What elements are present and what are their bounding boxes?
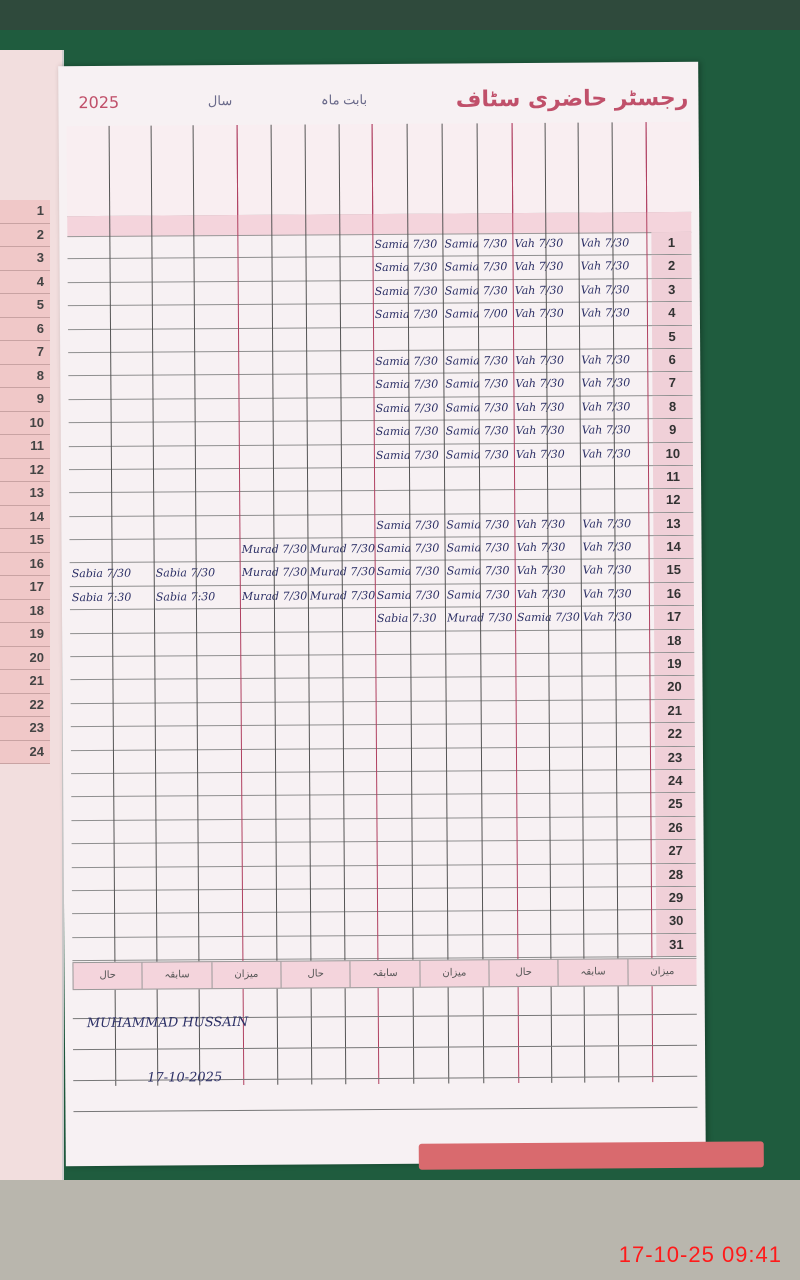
previous-page-day-number: 23 [0,717,50,741]
attendance-entry: Vah 7/30 [515,373,564,396]
attendance-entry: Vah 7/30 [581,256,630,279]
attendance-entry: Vah 7/30 [514,233,563,256]
attendance-grid: 1Samia 7/30Samia 7/30Vah 7/30Vah 7/302Sa… [67,122,698,1086]
summary-header-cell: سابقہ [558,959,628,985]
previous-page-day-number: 6 [0,318,50,342]
attendance-entry: Vah 7/30 [581,279,630,302]
attendance-entry: Vah 7/30 [582,419,631,442]
attendance-entry: Samia 7/30 [375,257,438,280]
attendance-entry: Sabia 7:30 [156,586,216,609]
day-number: 30 [656,910,696,933]
staff-column-group-4 [67,125,239,216]
attendance-entry: Samia 7/30 [375,280,438,303]
attendance-entry: Samia 7/30 [445,397,508,420]
attendance-entry: Samia 7/30 [446,514,509,537]
attendance-entry: Samia 7/30 [446,444,509,467]
day-number: 19 [654,653,694,676]
previous-page-row-numbers: 123456789101112131415161718192021222324 [0,200,50,764]
attendance-entry: Samia 7/30 [376,444,439,467]
attendance-entry: Vah 7/30 [581,373,630,396]
previous-page-day-number: 10 [0,412,50,436]
publisher-banner [419,1141,764,1169]
attendance-entry: Samia 7/30 [517,607,580,630]
day-number: 5 [652,325,692,348]
attendance-entry: Sabia 7/30 [156,563,216,586]
attendance-entry: Vah 7/30 [581,349,630,372]
attendance-entry: Samia 7/30 [375,351,438,374]
attendance-entry: Vah 7/30 [580,232,629,255]
previous-page-edge: 123456789101112131415161718192021222324 [0,50,64,1180]
day-row: 31 [72,934,696,962]
register-header: رجسٹر حاضری سٹاف بابت ماہ سال 2025 [78,80,688,120]
day-number: 12 [653,489,693,512]
day-number: 22 [655,723,695,746]
attendance-entry: Samia 7/30 [447,584,510,607]
summary-header-cell: میزان [211,962,281,988]
previous-page-day-number: 15 [0,529,50,553]
previous-page-day-number: 5 [0,294,50,318]
attendance-entry: Vah 7/30 [516,537,565,560]
previous-page-day-number: 2 [0,224,50,248]
attendance-entry: Sabia 7:30 [377,608,437,631]
attendance-entry: Vah 7/30 [583,583,632,606]
summary-header-cell: میزان [627,959,697,985]
day-number: 28 [656,863,696,886]
staff-column-group-2 [372,123,514,214]
day-number: 10 [653,442,693,465]
attendance-entry: Samia 7/30 [376,421,439,444]
attendance-entry: Murad 7/30 [310,585,376,608]
day-number: 26 [655,817,695,840]
attendance-entry: Samia 7/30 [377,584,440,607]
attendance-entry: Samia 7/30 [376,538,439,561]
staff-header-block [67,122,692,217]
attendance-entry: Vah 7/30 [517,584,566,607]
attendance-entry: Murad 7/30 [309,538,375,561]
attendance-entry: Vah 7/30 [583,607,632,630]
attendance-entry: Sabia 7:30 [72,587,132,610]
attendance-entry: Samia 7/30 [445,373,508,396]
signature-date: 17-10-2025 [147,1070,287,1086]
attendance-entry: Vah 7/30 [515,303,564,326]
attendance-entry: Vah 7/30 [517,560,566,583]
previous-page-day-number: 19 [0,623,50,647]
attendance-entry: Murad 7/30 [242,562,308,585]
previous-page-day-number: 22 [0,694,50,718]
previous-page-day-number: 11 [0,435,50,459]
day-number: 11 [653,466,693,489]
attendance-entry: Samia 7/30 [445,280,508,303]
staff-column-group-1 [512,122,648,213]
previous-page-day-number: 4 [0,271,50,295]
previous-page-day-number: 18 [0,600,50,624]
attendance-entry: Sabia 7/30 [72,563,132,586]
day-number: 6 [652,349,692,372]
day-number: 23 [655,746,695,769]
day-number: 15 [654,559,694,582]
signature-name: MUHAMMAD HUSSAIN [87,1015,287,1031]
previous-page-day-number: 12 [0,459,50,483]
attendance-entry: Murad 7/30 [241,539,307,562]
month-label: بابت ماہ [321,92,367,108]
previous-page-day-number: 9 [0,388,50,412]
previous-page-day-number: 20 [0,647,50,671]
day-number: 20 [654,676,694,699]
day-number: 16 [654,583,694,606]
year-label: سال [208,93,232,109]
day-number: 17 [654,606,694,629]
day-number: 21 [655,700,695,723]
previous-page-day-number: 21 [0,670,50,694]
day-rows: 1Samia 7/30Samia 7/30Vah 7/30Vah 7/302Sa… [67,232,696,961]
day-number: 25 [655,793,695,816]
day-number: 31 [656,934,696,957]
attendance-entry: Vah 7/30 [516,443,565,466]
day-number: 24 [655,770,695,793]
attendance-entry: Vah 7/30 [582,443,631,466]
day-number: 8 [652,396,692,419]
previous-page-day-number: 13 [0,482,50,506]
attendance-entry: Murad 7/30 [242,585,308,608]
attendance-entry: Vah 7/30 [516,513,565,536]
attendance-entry: Vah 7/30 [515,396,564,419]
previous-page-day-number: 24 [0,741,50,765]
attendance-entry: Samia 7/30 [447,561,510,584]
day-number: 9 [653,419,693,442]
day-number: 3 [652,279,692,302]
attendance-entry: Vah 7/30 [515,350,564,373]
day-number: 14 [653,536,693,559]
previous-page-day-number: 8 [0,365,50,389]
day-number: 27 [656,840,696,863]
summary-header-cell: سابقہ [350,961,420,987]
attendance-entry: Samia 7/30 [374,234,437,257]
attendance-entry: Samia 7/30 [446,537,509,560]
attendance-entry: Vah 7/30 [583,560,632,583]
previous-page-day-number: 7 [0,341,50,365]
attendance-entry: Samia 7/30 [375,397,438,420]
attendance-entry: Samia 7/30 [375,304,438,327]
attendance-entry: Samia 7/30 [445,257,508,280]
register-page: رجسٹر حاضری سٹاف بابت ماہ سال 2025 1Sami… [58,62,706,1166]
day-number: 29 [656,887,696,910]
day-number: 1 [651,232,691,255]
attendance-entry: Murad 7/30 [310,562,376,585]
previous-page-day-number: 17 [0,576,50,600]
attendance-entry: Vah 7/30 [516,420,565,443]
summary-header-cell: حال [72,963,142,989]
summary-header-cell: حال [488,960,558,986]
attendance-entry: Samia 7/30 [377,561,440,584]
attendance-entry: Vah 7/30 [581,396,630,419]
day-number: 13 [653,513,693,536]
summary-header-cell: میزان [419,960,489,986]
previous-page-day-number: 16 [0,553,50,577]
previous-page-day-number: 14 [0,506,50,530]
attendance-entry: Vah 7/30 [582,513,631,536]
register-title: رجسٹر حاضری سٹاف [456,85,689,112]
supervisor-signature: MUHAMMAD HUSSAIN 17-10-2025 [87,1015,288,1126]
attendance-entry: Samia 7/30 [446,420,509,443]
attendance-entry: Vah 7/30 [515,256,564,279]
summary-header-cell: حال [280,961,350,987]
attendance-entry: Samia 7/00 [445,303,508,326]
attendance-entry: Samia 7/30 [375,374,438,397]
previous-page-day-number: 3 [0,247,50,271]
year-value: 2025 [78,92,119,111]
summary-header-cell: سابقہ [142,962,212,988]
day-number: 18 [654,629,694,652]
staff-column-group-3 [237,124,374,215]
attendance-entry: Samia 7/30 [376,514,439,537]
day-number: 4 [652,302,692,325]
day-number: 7 [652,372,692,395]
previous-page-day-number: 1 [0,200,50,224]
attendance-entry: Vah 7/30 [582,536,631,559]
attendance-entry: Vah 7/30 [515,280,564,303]
attendance-entry: Samia 7/30 [444,233,507,256]
day-number: 2 [652,255,692,278]
attendance-entry: Samia 7/30 [445,350,508,373]
attendance-entry: Vah 7/30 [581,302,630,325]
photo-timestamp: 17-10-25 09:41 [619,1242,782,1268]
attendance-entry: Murad 7/30 [447,607,513,630]
